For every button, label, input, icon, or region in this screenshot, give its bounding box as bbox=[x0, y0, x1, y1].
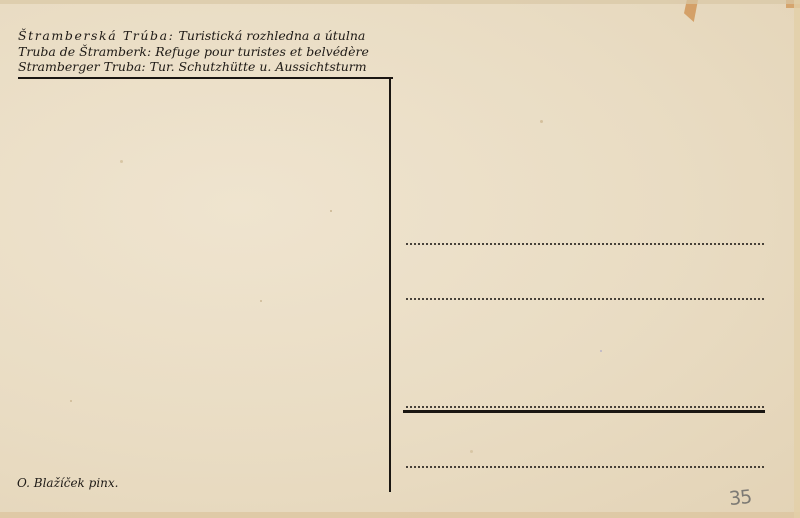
paper-speck bbox=[120, 160, 123, 163]
caption-german-description: Tur. Schutzhütte u. Aussichtsturm bbox=[150, 59, 367, 74]
caption-french: Truba de Štramberk: Refuge pour turistes… bbox=[18, 44, 369, 60]
postcard-back: Štramberská Trúba: Turistická rozhledna … bbox=[0, 0, 800, 518]
artist-credit: O. Blažíček pinx. bbox=[17, 476, 118, 490]
caption-czech-description: Turistická rozhledna a útulna bbox=[178, 28, 365, 43]
caption-french-description: Refuge pour turistes et belvédère bbox=[155, 44, 369, 59]
paper-speck bbox=[260, 300, 262, 302]
address-line-4 bbox=[405, 466, 765, 468]
address-line-1 bbox=[405, 243, 765, 245]
paper-speck bbox=[330, 210, 332, 212]
paper-speck bbox=[70, 400, 72, 402]
pencil-number: 35 bbox=[728, 486, 752, 510]
caption-german: Stramberger Truba: Tur. Schutzhütte u. A… bbox=[18, 59, 369, 75]
caption-german-place: Stramberger Truba: bbox=[18, 59, 146, 74]
right-edge-wear bbox=[794, 0, 800, 518]
address-line-3-dotted bbox=[405, 406, 765, 408]
paper-speck bbox=[600, 350, 602, 352]
address-line-3-solid bbox=[403, 410, 765, 413]
address-line-2 bbox=[405, 298, 765, 300]
top-edge-wear bbox=[0, 0, 800, 4]
caption-french-place: Truba de Štramberk: bbox=[18, 44, 151, 59]
paper-speck bbox=[540, 120, 543, 123]
center-divider bbox=[389, 77, 391, 492]
caption-czech-place: Štramberská Trúba: bbox=[18, 28, 175, 43]
caption-czech: Štramberská Trúba: Turistická rozhledna … bbox=[18, 28, 369, 44]
bottom-edge-wear bbox=[0, 512, 800, 518]
caption-underline bbox=[18, 77, 393, 79]
caption-block: Štramberská Trúba: Turistická rozhledna … bbox=[18, 28, 369, 75]
paper-speck bbox=[470, 450, 473, 453]
